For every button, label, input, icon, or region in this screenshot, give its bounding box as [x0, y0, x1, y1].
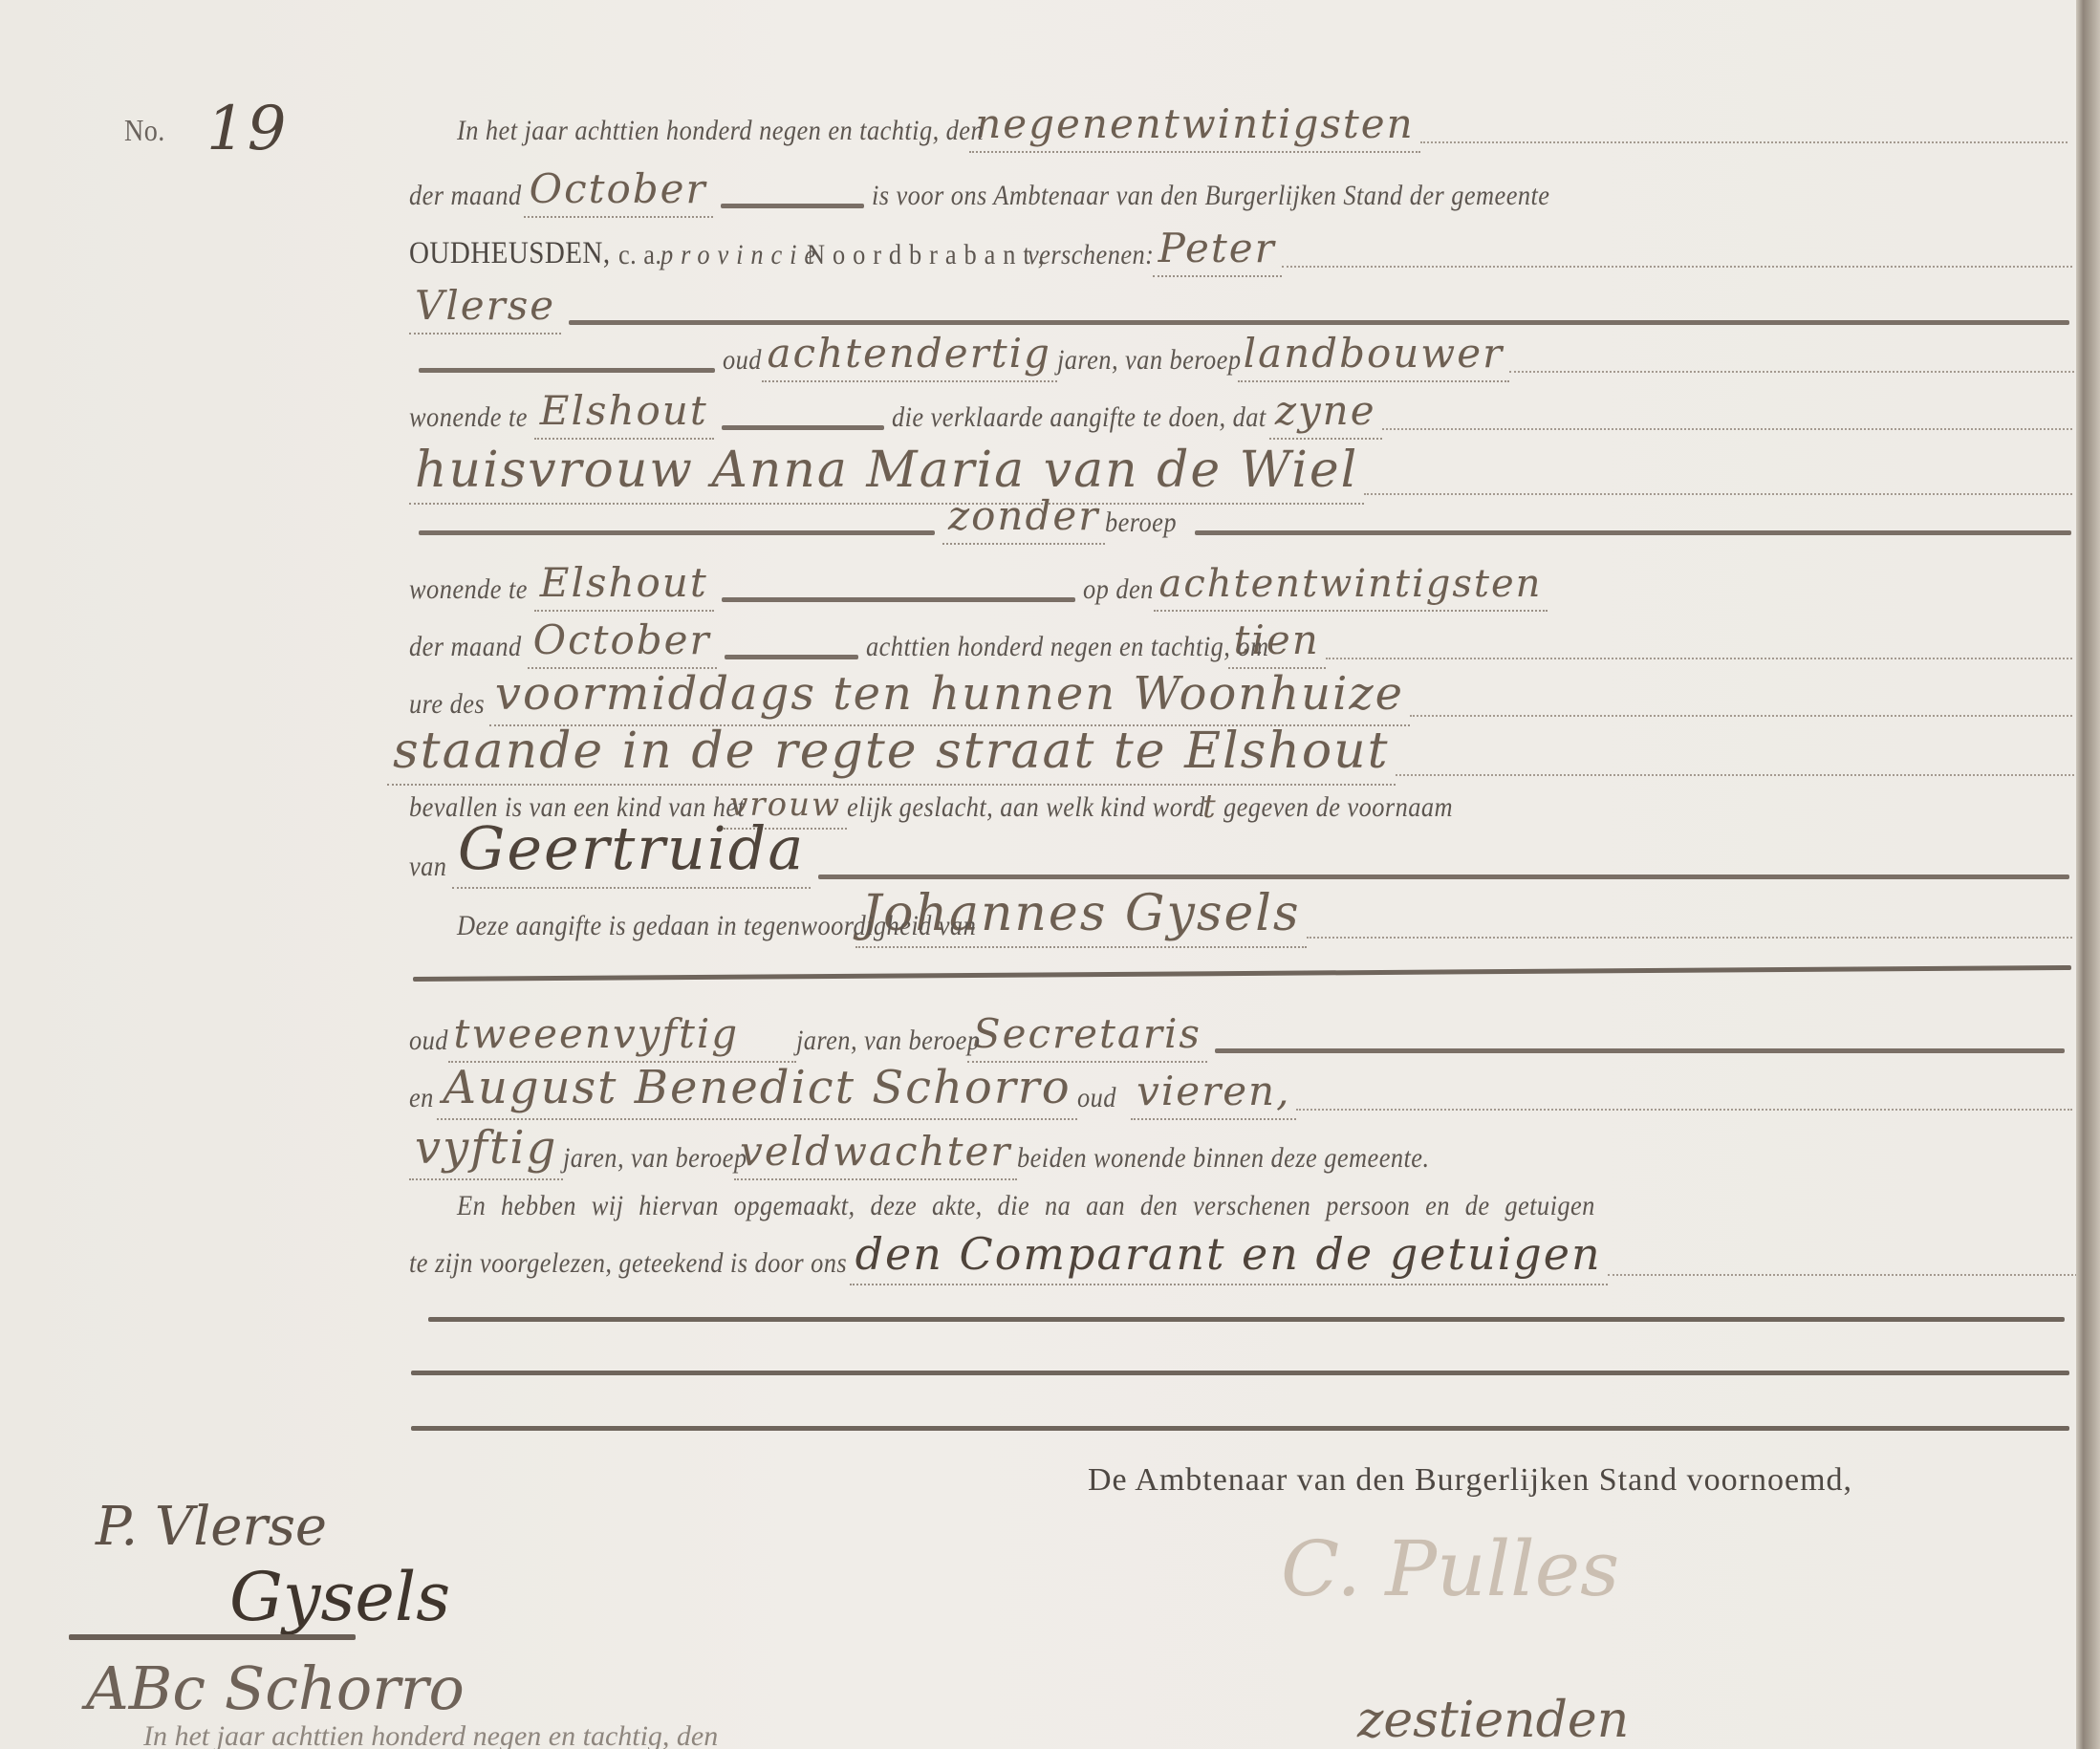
handwritten-residence: Elshout: [534, 387, 714, 440]
handwritten-birth-place: voormiddags ten hunnen Woonhuize: [489, 667, 1410, 726]
entry-number-label: No.: [124, 113, 165, 154]
handwritten-witness2-name: August Benedict Schorro: [437, 1061, 1076, 1120]
handwritten-age: achtendertig: [762, 330, 1057, 382]
dotted-line: [1509, 371, 2074, 373]
line-municipality: OUDHEUSDEN, c. a. provincie Noordbrabant…: [409, 220, 2072, 277]
printed-text: die verklaarde aangifte te doen, dat: [892, 401, 1266, 440]
fill-rule: [411, 1371, 2069, 1375]
dotted-line: [1382, 428, 2072, 430]
printed-text: oud: [1077, 1082, 1116, 1120]
printed-text: Deze aangifte is gedaan in tegenwoordigh…: [457, 910, 976, 948]
signature-witness2: ABc Schorro: [86, 1653, 465, 1723]
handwritten-text: zyne: [1269, 387, 1382, 440]
printed-text: gegeven de voornaam: [1223, 791, 1453, 830]
printed-text: op den: [1083, 573, 1154, 612]
municipality-name: OUDHEUSDEN,: [409, 236, 611, 277]
line-witness2-name: en August Benedict Schorro oud vieren,: [409, 1063, 2072, 1120]
handwritten-witness2-age: vieren,: [1131, 1068, 1296, 1120]
fill-rule: [411, 1426, 2069, 1431]
dotted-line: [1410, 715, 2072, 717]
dotted-line: [1282, 266, 2072, 268]
next-entry-handwritten-fragment: zestienden: [1357, 1692, 1629, 1749]
line-birth-month: der maand October achttien honderd negen…: [409, 612, 2072, 669]
handwritten-declarant-first-name: Peter: [1153, 225, 1282, 277]
line-attestation: En hebben wij hiervan opgemaakt, deze ak…: [457, 1171, 2082, 1228]
fill-rule: [419, 530, 935, 535]
fill-rule: [428, 1317, 2065, 1322]
line-month: der maand October is voor ons Ambtenaar …: [409, 161, 2072, 218]
dotted-line: [1307, 937, 2072, 939]
line-mother-residence: wonende te Elshout op den achtentwintigs…: [409, 554, 2072, 612]
dotted-line: [1420, 141, 2068, 143]
handwritten-day: negenentwintigsten: [969, 100, 1419, 153]
page-gutter: [2076, 0, 2100, 1749]
line-witness1-age: oud tweeenvyftig jaren, van beroep Secre…: [409, 1005, 2072, 1063]
printed-text: der maand: [409, 631, 522, 669]
line-birth-time-place: ure des voormiddags ten hunnen Woonhuize: [409, 669, 2072, 726]
line-child-name: van Geertruida: [409, 831, 2077, 889]
line-year: In het jaar achttien honderd negen en ta…: [457, 96, 2068, 153]
printed-text: der maand: [409, 180, 522, 218]
printed-text: En hebben wij hiervan opgemaakt, deze ak…: [457, 1190, 1595, 1228]
handwritten-witness1-occupation: Secretaris: [967, 1010, 1207, 1063]
printed-text: beroep: [1105, 507, 1177, 545]
printed-text: elijk geslacht, aan welk kind word: [847, 791, 1205, 830]
fill-rule: [419, 368, 715, 373]
fill-rule: [721, 204, 864, 208]
printed-text: achttien honderd negen en tachtig, om: [866, 631, 1268, 669]
line-signed-by: te zijn voorgelezen, geteekend is door o…: [409, 1228, 2077, 1285]
registrar-closing-text: De Ambtenaar van den Burgerlijken Stand …: [1088, 1462, 1852, 1499]
printed-text: provincie: [660, 239, 823, 277]
registrar-signature: C. Pulles: [1281, 1524, 1619, 1613]
fill-rule: [413, 965, 2071, 982]
handwritten-birth-day: achtentwintigsten: [1154, 562, 1548, 612]
dotted-line: [1296, 1109, 2072, 1111]
signature-witness1: Gysels: [229, 1558, 450, 1636]
dotted-line: [1326, 658, 2072, 659]
printed-text: verschenen:: [1028, 239, 1154, 277]
fill-rule: [1195, 530, 2072, 535]
line-declarant-age: oud achtendertig jaren, van beroep landb…: [411, 325, 2074, 382]
handwritten-month: October: [524, 165, 713, 218]
printed-text: is voor ons Ambtenaar van den Burgerlijk…: [872, 180, 1549, 218]
next-entry-fragment: In het jaar achttien honderd negen en ta…: [143, 1720, 718, 1749]
line-witness1-name: Deze aangifte is gedaan in tegenwoordigh…: [457, 891, 2072, 948]
document-page: No. 19 In het jaar achttien honderd nege…: [0, 0, 2074, 1749]
fill-rule: [818, 874, 2069, 879]
dotted-line: [1608, 1274, 2077, 1276]
printed-text: wonende te: [409, 401, 528, 440]
printed-text: en: [409, 1082, 434, 1120]
handwritten-mother-occupation: zonder: [942, 492, 1105, 545]
signature-underline: [69, 1634, 356, 1640]
handwritten-occupation: landbouwer: [1238, 330, 1510, 382]
handwritten-child-name: Geertruida: [452, 813, 812, 889]
line-declarant-residence: wonende te Elshout die verklaarde aangif…: [409, 382, 2072, 440]
printed-text: c. a.: [618, 239, 661, 277]
fill-rule: [722, 597, 1075, 602]
printed-text: oud: [723, 344, 762, 382]
printed-text: oud: [409, 1025, 448, 1063]
printed-text: wonende te: [409, 573, 528, 612]
fill-rule: [1215, 1048, 2065, 1053]
fill-rule: [725, 655, 858, 659]
signature-declarant: P. Vlerse: [96, 1496, 327, 1558]
printed-text: te zijn voorgelezen, geteekend is door o…: [409, 1247, 847, 1285]
printed-text: van: [409, 851, 446, 889]
printed-text: jaren, van beroep: [1057, 344, 1241, 382]
handwritten-witness1-age: tweeenvyftig: [448, 1010, 797, 1063]
printed-text: In het jaar achttien honderd negen en ta…: [457, 115, 984, 153]
province-name: Noordbrabant,: [807, 239, 1051, 277]
printed-text: ure des: [409, 688, 485, 726]
handwritten-birth-month: October: [528, 616, 717, 669]
fill-rule: [722, 425, 884, 430]
handwritten-signatories: den Comparant en de getuigen: [850, 1228, 1608, 1285]
handwritten-residence: Elshout: [534, 559, 714, 612]
printed-text: jaren, van beroep: [796, 1025, 980, 1063]
line-mother-occupation: zonder beroep: [411, 487, 2079, 545]
entry-number: 19: [201, 94, 293, 168]
